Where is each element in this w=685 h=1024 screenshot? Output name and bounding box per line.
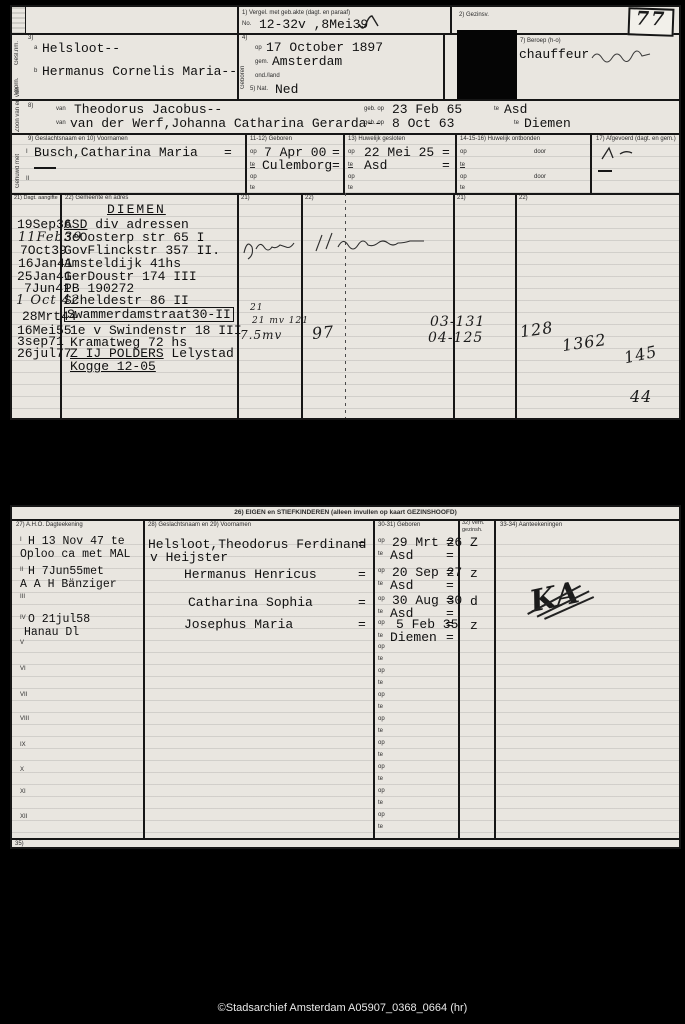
address-entry: Kogge 12-05 xyxy=(70,360,156,373)
row-numeral: VIII xyxy=(20,716,29,723)
archive-credit: ©Stadsarchief Amsterdam A05907_0368_0664… xyxy=(0,1002,685,1014)
op-label: op xyxy=(250,174,257,181)
row-numeral: II xyxy=(20,567,23,574)
van-label: van xyxy=(56,106,66,113)
aho-entry: H 13 Nov 47 te xyxy=(28,536,125,548)
mother-birth-date: 8 Oct 63 xyxy=(392,117,454,130)
field-8-label: 8) xyxy=(28,103,33,110)
grid-line xyxy=(515,193,517,418)
grid-line xyxy=(12,519,679,521)
op-label: op xyxy=(460,174,467,181)
relation-column-header: 32) Verh. xyxy=(462,520,484,526)
gezinsv-label: 2) Gezinsv. xyxy=(459,12,489,19)
op-label: op xyxy=(460,149,467,156)
op-label: op xyxy=(250,149,257,156)
grid-line xyxy=(494,519,496,838)
birth-date-value: 17 October 1897 xyxy=(266,41,383,54)
op-label: op xyxy=(348,149,355,156)
handwritten-note: 1362 xyxy=(561,332,608,354)
grid-line xyxy=(590,133,592,193)
son-of-side-label: Zoon van en van xyxy=(15,102,21,132)
field-4-label: 4) xyxy=(242,35,247,42)
op-label: op xyxy=(378,596,385,603)
sub-a-label: a xyxy=(34,45,37,52)
handwritten-mark xyxy=(600,146,634,162)
equals-mark: = xyxy=(358,568,366,581)
grid-line xyxy=(373,519,375,838)
grid-line xyxy=(455,133,457,193)
address-entry-boxed: Swammerdamstraat30-II xyxy=(64,307,234,322)
row-numeral: VII xyxy=(20,692,27,699)
roman-ii: II xyxy=(26,176,29,183)
op-label: op xyxy=(348,174,355,181)
removed-header: 17) Afgevoerd (dagt. en gem.) xyxy=(596,136,676,143)
te-label: te xyxy=(378,704,383,711)
name-column-header: 28) Geslachtsnaam en 29) Voornamen xyxy=(148,522,251,529)
te-label: te xyxy=(378,752,383,759)
child-name: Hermanus Henricus xyxy=(184,568,317,581)
equals-mark: = xyxy=(446,549,454,562)
equals-mark: = xyxy=(442,159,450,172)
aho-entry: A A H Bänziger xyxy=(20,579,117,591)
equals-mark: = xyxy=(224,146,232,159)
te-label: te xyxy=(378,633,383,640)
te-label: te xyxy=(378,551,383,558)
handwritten-checkmark xyxy=(357,12,381,32)
aho-column-header: 27) A.H.O. Dagteekening xyxy=(16,522,83,529)
te-label: te xyxy=(378,824,383,831)
child-relation: Z xyxy=(470,536,478,549)
grid-line xyxy=(12,133,679,135)
row-numeral: I xyxy=(20,537,22,544)
van-label: van xyxy=(56,120,66,127)
te-label: te xyxy=(348,185,353,192)
op-label: op xyxy=(378,812,385,819)
mother-born-label: geb. op xyxy=(364,120,384,127)
handwritten-note: 21 xyxy=(250,304,263,313)
field-3-label: 3) xyxy=(28,35,33,42)
born-side-label: Geboren xyxy=(240,47,246,89)
child-relation: d xyxy=(470,595,478,608)
mother-name: van der Werf,Johanna Catharina Gerarda-- xyxy=(70,117,382,130)
handwritten-note: 03-131 xyxy=(430,315,485,329)
notes-column-header: 33-34) Aanteekeningen xyxy=(500,522,562,529)
door-label: door xyxy=(534,149,546,156)
equals-mark: = xyxy=(446,579,454,592)
grid-line xyxy=(143,519,145,838)
handwritten-note: 145 xyxy=(623,344,659,367)
mother-birth-place: Diemen xyxy=(524,117,571,130)
occupation-label: 7) Beroep (h-o) xyxy=(520,38,561,45)
grid-line xyxy=(12,33,679,35)
sub-b-label: b xyxy=(34,68,37,75)
mother-born-te-label: te xyxy=(514,120,519,127)
father-birth-date: 23 Feb 65 xyxy=(392,103,462,116)
equals-mark: = xyxy=(358,538,366,551)
aho-entry: H 7Jun55met xyxy=(28,566,104,578)
te-label: te xyxy=(378,800,383,807)
child-birth-place: Asd xyxy=(390,579,413,592)
handwritten-scribble xyxy=(590,49,652,63)
te-label: te xyxy=(250,162,255,169)
spouse-born-header: 11-12) Geboren xyxy=(250,136,292,143)
birth-place-value: Amsterdam xyxy=(272,55,342,68)
address-date: 26jul77 xyxy=(17,347,72,360)
grid-line-dashed xyxy=(345,193,346,418)
spouse-birth-place: Culemborg xyxy=(262,159,332,172)
row-numeral: XI xyxy=(20,789,26,796)
no-label: No. xyxy=(242,21,251,28)
equals-mark: = xyxy=(332,159,340,172)
page-number: 77 xyxy=(635,7,666,30)
address-header: 22) Gemeente en adres xyxy=(65,195,128,202)
op-label: op xyxy=(378,644,385,651)
born-column-header: 30-31) Geboren xyxy=(378,522,420,529)
scanned-archive-page: 1) Vergel. met geb.akte (dagt. en paraaf… xyxy=(0,0,685,1024)
grid-line xyxy=(237,7,239,99)
married-to-side-label: Gehuwd met xyxy=(15,140,21,188)
grid-line xyxy=(450,7,452,33)
relation-column-header-2: gezinsh. xyxy=(462,527,483,533)
born-gem-label: gem. xyxy=(255,59,268,66)
occupation-value: chauffeur xyxy=(519,48,589,61)
spouse-name-header: 9) Geslachtsnaam en 10) Voornamen xyxy=(28,136,128,143)
register-number-value: 12-32v ,8Mei39 xyxy=(259,18,368,31)
col-22-header: 22) xyxy=(519,195,528,202)
children-section-title: 26) EIGEN en STIEFKINDEREN (alleen invul… xyxy=(12,509,679,516)
father-born-te-label: te xyxy=(494,106,499,113)
handwritten-note: 44 xyxy=(630,389,652,405)
row-numeral: X xyxy=(20,767,24,774)
col-21-header: 21) xyxy=(241,195,250,202)
surname-value: Helsloot-- xyxy=(42,42,120,55)
margin-label-strip xyxy=(12,7,26,33)
child-name-2: v Heijster xyxy=(150,551,228,564)
father-birth-place: Asd xyxy=(504,103,527,116)
field-35-label: 35) xyxy=(15,841,24,848)
row-numeral: V xyxy=(20,640,24,647)
child-name: Catharina Sophia xyxy=(188,596,313,609)
handwritten-note: 7.5mv xyxy=(240,329,282,341)
grid-line xyxy=(12,99,679,101)
grid-line xyxy=(237,193,239,418)
address-entry: Scheldestr 86 II xyxy=(64,294,189,307)
child-birth-place: Diemen xyxy=(390,631,437,644)
op-label: op xyxy=(378,538,385,545)
row-numeral: III xyxy=(20,594,25,601)
grid-line xyxy=(453,193,455,418)
grid-line xyxy=(443,33,445,99)
te-label: te xyxy=(348,162,353,169)
child-relation: z xyxy=(470,567,478,580)
record-card-children: 26) EIGEN en STIEFKINDEREN (alleen invul… xyxy=(10,505,681,849)
te-label: te xyxy=(378,609,383,616)
handwritten-scribble xyxy=(240,235,306,261)
te-label: te xyxy=(378,656,383,663)
equals-mark: = xyxy=(358,596,366,609)
municipality-value: DIEMEN xyxy=(107,203,166,216)
op-label: op xyxy=(378,620,385,627)
aho-entry: Oploo ca met MAL xyxy=(20,549,130,561)
marriage-place: Asd xyxy=(364,159,387,172)
marriage-header: 13) Huwelijk gesloten xyxy=(348,136,405,143)
op-label: op xyxy=(378,716,385,723)
op-label: op xyxy=(378,568,385,575)
record-card-main: 1) Vergel. met geb.akte (dagt. en paraaf… xyxy=(10,5,681,420)
equals-mark: = xyxy=(446,631,454,644)
roman-i: I xyxy=(26,149,28,156)
op-label: op xyxy=(378,764,385,771)
door-label: door xyxy=(534,174,546,181)
handwritten-dash xyxy=(598,170,612,172)
aho-entry: Hanau Dl xyxy=(24,627,79,639)
te-label: te xyxy=(378,776,383,783)
op-label: op xyxy=(378,788,385,795)
handwritten-note: 21 mv 121 xyxy=(252,317,309,326)
handwritten-dash xyxy=(34,167,56,169)
nationality-value: Ned xyxy=(275,83,298,96)
grid-line xyxy=(245,133,247,193)
aho-entry: O 21jul58 xyxy=(28,614,90,626)
te-label: te xyxy=(460,162,465,169)
grid-line xyxy=(343,133,345,193)
born-op-label: op xyxy=(255,45,262,52)
address-date-header: 21) Dagt. aangifte xyxy=(14,195,58,201)
row-numeral: VI xyxy=(20,666,26,673)
col-22-header: 22) xyxy=(305,195,314,202)
child-birth-place: Asd xyxy=(390,549,413,562)
surname-side-label: Gesl.nm. xyxy=(14,37,20,65)
child-relation: z xyxy=(470,619,478,632)
op-label: op xyxy=(378,740,385,747)
country-label: ond./land xyxy=(255,73,280,80)
equals-mark: = xyxy=(358,618,366,631)
col-21-header: 21) xyxy=(457,195,466,202)
handwritten-note: 04-125 xyxy=(428,331,483,345)
child-name: Josephus Maria xyxy=(184,618,293,631)
op-label: op xyxy=(378,668,385,675)
father-name: Theodorus Jacobus-- xyxy=(74,103,222,116)
row-numeral: IV xyxy=(20,615,26,622)
handwritten-note: 97 xyxy=(311,324,335,342)
father-born-label: geb. op xyxy=(364,106,384,113)
redaction-box xyxy=(457,30,517,99)
te-label: te xyxy=(378,680,383,687)
page-number-box: 77 xyxy=(628,7,675,37)
grid-line xyxy=(12,838,679,840)
grid-line xyxy=(301,193,303,418)
compare-birth-cert-label: 1) Vergel. met geb.akte (dagt. en paraaf… xyxy=(242,10,350,17)
te-label: te xyxy=(250,185,255,192)
op-label: op xyxy=(378,692,385,699)
te-label: te xyxy=(378,581,383,588)
handwritten-scribble xyxy=(310,231,470,259)
te-label: te xyxy=(460,185,465,192)
firstnames-value: Hermanus Cornelis Maria-- xyxy=(42,65,237,78)
nationality-label: 5) Nat. xyxy=(250,86,268,93)
row-numeral: XII xyxy=(20,814,27,821)
spouse-name: Busch,Catharina Maria xyxy=(34,146,198,159)
handwritten-note: 128 xyxy=(519,320,554,341)
divorce-header: 14-15-16) Huwelijk ontbonden xyxy=(460,136,540,143)
te-label: te xyxy=(378,728,383,735)
address-rest: Lelystad xyxy=(164,346,234,361)
row-numeral: IX xyxy=(20,742,26,749)
